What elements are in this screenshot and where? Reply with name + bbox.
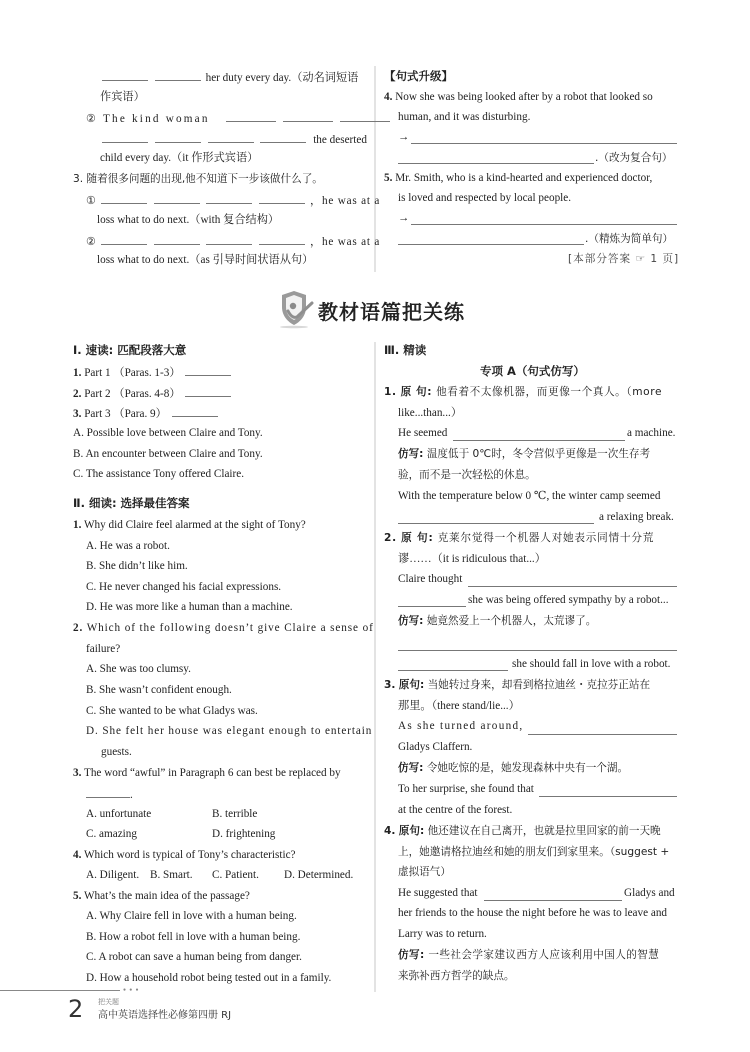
item-number: 1. — [73, 367, 81, 379]
choice-option[interactable]: D. Determined. — [284, 868, 353, 882]
answer-line[interactable] — [539, 796, 677, 797]
question-number: 4. — [73, 849, 81, 861]
answer-blank[interactable] — [172, 405, 218, 417]
structure-hint: 虚拟语气） — [398, 865, 451, 879]
chinese-sentence: 他看着不太像机器，而更像一个真人。（more — [436, 386, 662, 398]
sentence-text: ，he was at a — [310, 195, 380, 207]
chinese-sentence: 验，而不是一次轻松的休息。 — [398, 468, 536, 482]
match-option: A. Possible love between Claire and Tony… — [73, 426, 263, 440]
original-label: 原 句: — [401, 386, 433, 398]
question-text: human, and it was disturbing. — [398, 110, 530, 124]
original-sentence: 1. 原 句: 他看着不太像机器，而更像一个真人。（more — [384, 385, 662, 399]
q2-option2-line2: the deserted — [100, 131, 367, 147]
answer-blank[interactable] — [185, 385, 231, 397]
original-sentence: 2. 原 句: 克莱尔觉得一个机器人对她表示同情十分荒 — [384, 531, 654, 545]
question-number: 1. — [73, 519, 81, 531]
imitation-prompt: 仿写: 令她吃惊的是，她发现森林中央有一个湖。 — [398, 761, 628, 775]
grammar-hint: 作宾语） — [100, 90, 145, 104]
question: 2. Which of the following doesn’t give C… — [73, 621, 374, 635]
chinese-sentence: 温度低于 0℃时，冬令营似乎更像是一次生存考 — [427, 448, 650, 460]
question-text: Now she was being looked after by a robo… — [395, 91, 653, 103]
match-item: 1. Part 1 （Paras. 1-3） — [73, 364, 233, 380]
question-blank-row: . — [86, 786, 133, 802]
original-label: 原句: — [399, 679, 424, 691]
choice-option[interactable]: C. Patient. — [212, 868, 259, 882]
sentence-text: ，he was at a — [310, 236, 380, 248]
q4-line1: 4. Now she was being looked after by a r… — [384, 90, 653, 104]
sentence-text: a relaxing break. — [599, 510, 674, 524]
answer-line[interactable] — [468, 586, 677, 587]
question: 3. The word “awful” in Paragraph 6 can b… — [73, 766, 341, 780]
question-number: 1. — [384, 386, 397, 398]
chinese-sentence: 令她吃惊的是，她发现森林中央有一个湖。 — [427, 762, 628, 774]
column-divider-bottom — [374, 342, 376, 992]
question: 4. Which word is typical of Tony’s chara… — [73, 848, 296, 862]
question-text: The word “awful” in Paragraph 6 can best… — [84, 767, 341, 779]
answer-blank[interactable] — [283, 110, 333, 122]
choice-option[interactable]: A. Diligent. — [86, 868, 139, 882]
sentence-text: a machine. — [627, 426, 675, 440]
answer-blank[interactable] — [340, 110, 390, 122]
question-number: 4. — [384, 825, 395, 837]
answer-blank[interactable] — [102, 131, 148, 143]
question-number: 2. — [73, 622, 83, 634]
chinese-sentence: 上，她邀请格拉迪丝和她的朋友们到家里来。（suggest + — [398, 845, 669, 859]
grammar-hint: loss what to do next.（as 引导时间状语从句） — [97, 253, 313, 267]
item-text: Part 3 （Para. 9） — [84, 408, 167, 420]
answer-line[interactable] — [398, 606, 466, 607]
part-heading: Ⅲ. 精读 — [384, 343, 426, 357]
original-label: 原句: — [399, 825, 424, 837]
sentence-text: To her surprise, she found that — [398, 782, 534, 796]
section-title: 教材语篇把关练 — [318, 296, 465, 325]
option-marker: ① — [86, 195, 96, 207]
sentence-text: Claire thought — [398, 572, 462, 586]
sentence-text: she was being offered sympathy by a robo… — [468, 593, 669, 607]
page-number: 2 — [68, 995, 83, 1023]
sentence-text: Larry was to return. — [398, 927, 487, 941]
imitation-label: 仿写: — [398, 615, 423, 627]
sentence-text: ② The kind woman — [86, 113, 210, 125]
question-text: failure? — [86, 642, 120, 656]
sentence-text: her friends to the house the night befor… — [398, 906, 667, 920]
chinese-sentence: 他还建议在自己离开，也就是拉里回家的前一天晚 — [428, 825, 661, 837]
q3-option2-line1: ② ，he was at a — [86, 233, 380, 249]
sentence-text: she should fall in love with a robot. — [512, 657, 670, 671]
choice-option[interactable]: B. She wasn’t confident enough. — [86, 683, 232, 697]
answer-line[interactable] — [398, 650, 677, 651]
question-text: is loved and respected by local people. — [398, 191, 571, 205]
question-number: 5. — [384, 172, 392, 184]
q2-option1-line1: her duty every day.（动名词短语 — [100, 69, 358, 85]
imitation-label: 仿写: — [398, 448, 423, 460]
q5-line1: 5. Mr. Smith, who is a kind-hearted and … — [384, 171, 652, 185]
answer-blank[interactable] — [226, 110, 276, 122]
answer-line[interactable] — [411, 224, 677, 225]
shield-check-icon — [276, 289, 316, 329]
answer-reference[interactable]: [本部分答案 ☞ 1 页] — [568, 252, 679, 266]
question-number: 3. — [384, 679, 395, 691]
question: 5. What’s the main idea of the passage? — [73, 889, 250, 903]
question-number: 2. — [384, 532, 397, 544]
answer-line[interactable] — [453, 440, 625, 441]
choice-option[interactable]: C. A robot can save a human being from d… — [86, 950, 302, 964]
chinese-sentence: 她竟然爱上一个机器人，太荒谬了。 — [427, 615, 597, 627]
answer-blank[interactable] — [154, 233, 200, 245]
choice-option[interactable]: D. frightening — [212, 827, 275, 841]
imitation-prompt: 仿写: 一些社会学家建议西方人应该利用中国人的智慧 — [398, 948, 659, 962]
grammar-hint: .（精炼为简单句） — [585, 232, 673, 246]
q2-option2-line1: ② The kind woman — [86, 110, 392, 126]
structure-hint: 谬……（it is ridiculous that...） — [398, 552, 546, 566]
answer-blank[interactable] — [206, 233, 252, 245]
answer-line[interactable] — [398, 670, 508, 671]
choice-option[interactable]: B. She didn’t like him. — [86, 559, 188, 573]
answer-blank[interactable] — [86, 786, 130, 798]
question-text: What’s the main idea of the passage? — [84, 890, 250, 902]
chinese-sentence: 当她转过身来，却看到格拉迪丝・克拉芬正站在 — [428, 679, 650, 691]
imitation-prompt: 仿写: 她竟然爱上一个机器人，太荒谬了。 — [398, 614, 596, 628]
chinese-sentence: 克莱尔觉得一个机器人对她表示同情十分荒 — [438, 532, 654, 544]
answer-line[interactable] — [398, 244, 584, 245]
question-number: 5. — [73, 890, 81, 902]
choice-option[interactable]: B. terrible — [212, 807, 257, 821]
grammar-hint: .（改为复合句） — [595, 151, 673, 165]
item-number: 2. — [73, 388, 81, 400]
answer-blank[interactable] — [206, 192, 252, 204]
sentence-text: Gladys and — [624, 886, 675, 900]
answer-blank[interactable] — [259, 192, 305, 204]
chinese-sentence: 来弥补西方哲学的缺点。 — [398, 969, 515, 983]
original-sentence: 3. 原句: 当她转过身来，却看到格拉迪丝・克拉芬正站在 — [384, 678, 650, 692]
original-sentence: 4. 原句: 他还建议在自己离开，也就是拉里回家的前一天晚 — [384, 824, 661, 838]
arrow-icon: → — [398, 130, 409, 144]
grammar-hint: loss what to do next.（with 复合结构） — [97, 213, 279, 227]
answer-line[interactable] — [398, 523, 594, 524]
item-number: 3. — [73, 408, 81, 420]
sentence-text: her duty every day.（动名词短语 — [206, 72, 359, 84]
choice-option[interactable]: C. He never changed his facial expressio… — [86, 580, 281, 594]
imitation-prompt: 仿写: 温度低于 0℃时，冬令营似乎更像是一次生存考 — [398, 447, 650, 461]
match-option: C. The assistance Tony offered Claire. — [73, 467, 244, 481]
original-label: 原 句: — [401, 532, 433, 544]
part-heading: Ⅰ. 速读: 匹配段落大意 — [73, 343, 186, 357]
question-number: 4. — [384, 91, 392, 103]
sentence-text: at the centre of the forest. — [398, 803, 512, 817]
answer-blank[interactable] — [185, 364, 231, 376]
sentence-text: He suggested that — [398, 886, 478, 900]
answer-blank[interactable] — [260, 131, 306, 143]
item-text: Part 2 （Paras. 4-8） — [84, 388, 180, 400]
choice-option[interactable]: A. Why Claire fell in love with a human … — [86, 909, 297, 923]
answer-blank[interactable] — [155, 131, 201, 143]
answer-blank[interactable] — [208, 131, 254, 143]
subsection-heading: 专项 A（句式仿写） — [480, 364, 585, 378]
answer-blank[interactable] — [154, 192, 200, 204]
book-title: 高中英语选择性必修第四册 RJ — [98, 1006, 231, 1021]
match-item: 2. Part 2 （Paras. 4-8） — [73, 385, 233, 401]
choice-option[interactable]: D. She felt her house was elegant enough… — [86, 724, 372, 738]
period: . — [130, 789, 133, 801]
question-text: Mr. Smith, who is a kind-hearted and exp… — [395, 172, 652, 184]
match-item: 3. Part 3 （Para. 9） — [73, 405, 220, 421]
choice-option[interactable]: D. How a household robot being tested ou… — [86, 971, 331, 985]
question-prompt: 3. 随着很多问题的出现,他不知道下一步该做什么了。 — [73, 172, 323, 186]
choice-option[interactable]: A. She was too clumsy. — [86, 662, 191, 676]
answer-blank[interactable] — [259, 233, 305, 245]
answer-blank[interactable] — [102, 69, 148, 81]
grammar-hint: child every day.（it 作形式宾语） — [100, 151, 258, 165]
match-option: B. An encounter between Claire and Tony. — [73, 447, 263, 461]
part-heading: Ⅱ. 细读: 选择最佳答案 — [73, 496, 190, 510]
choice-option[interactable]: B. How a robot fell in love with a human… — [86, 930, 300, 944]
structure-hint: like...than...） — [398, 406, 462, 420]
choice-option[interactable]: C. She wanted to be what Gladys was. — [86, 704, 258, 718]
section-heading: 【句式升级】 — [384, 69, 453, 83]
choice-option[interactable]: C. amazing — [86, 827, 137, 841]
question-text: Why did Claire feel alarmed at the sight… — [84, 519, 306, 531]
sentence-text: Gladys Claffern. — [398, 740, 472, 754]
arrow-icon: → — [398, 211, 409, 225]
question-text: Which of the following doesn’t give Clai… — [87, 622, 374, 634]
footer-rule — [0, 990, 120, 991]
option-marker: ② — [86, 236, 96, 248]
choice-option[interactable]: A. unfortunate — [86, 807, 151, 821]
answer-line[interactable] — [398, 163, 594, 164]
answer-blank[interactable] — [101, 192, 147, 204]
structure-hint: 那里。（there stand/lie...） — [398, 699, 520, 713]
sentence-text: He seemed — [398, 426, 447, 440]
answer-blank[interactable] — [155, 69, 201, 81]
sentence-text: With the temperature below 0 ℃, the wint… — [398, 489, 660, 503]
choice-option[interactable]: A. He was a robot. — [86, 539, 170, 553]
answer-blank[interactable] — [101, 233, 147, 245]
sentence-text: As she turned around, — [398, 719, 523, 733]
choice-option[interactable]: B. Smart. — [150, 868, 193, 882]
choice-option[interactable]: D. He was more like a human than a machi… — [86, 600, 293, 614]
question-text: Which word is typical of Tony’s characte… — [84, 849, 296, 861]
answer-line[interactable] — [484, 900, 622, 901]
chinese-sentence: 一些社会学家建议西方人应该利用中国人的智慧 — [428, 949, 659, 961]
footer-dots-icon: ● ● ● — [123, 988, 140, 993]
question-number: 3. — [73, 767, 81, 779]
question: 1. Why did Claire feel alarmed at the si… — [73, 518, 306, 532]
answer-line[interactable] — [528, 734, 677, 735]
imitation-label: 仿写: — [398, 762, 423, 774]
sentence-text: the deserted — [313, 134, 367, 146]
imitation-label: 仿写: — [398, 949, 425, 961]
choice-option-continued: guests. — [101, 745, 132, 759]
q3-option1-line1: ① ，he was at a — [86, 192, 380, 208]
answer-line[interactable] — [411, 143, 677, 144]
item-text: Part 1 （Paras. 1-3） — [84, 367, 180, 379]
